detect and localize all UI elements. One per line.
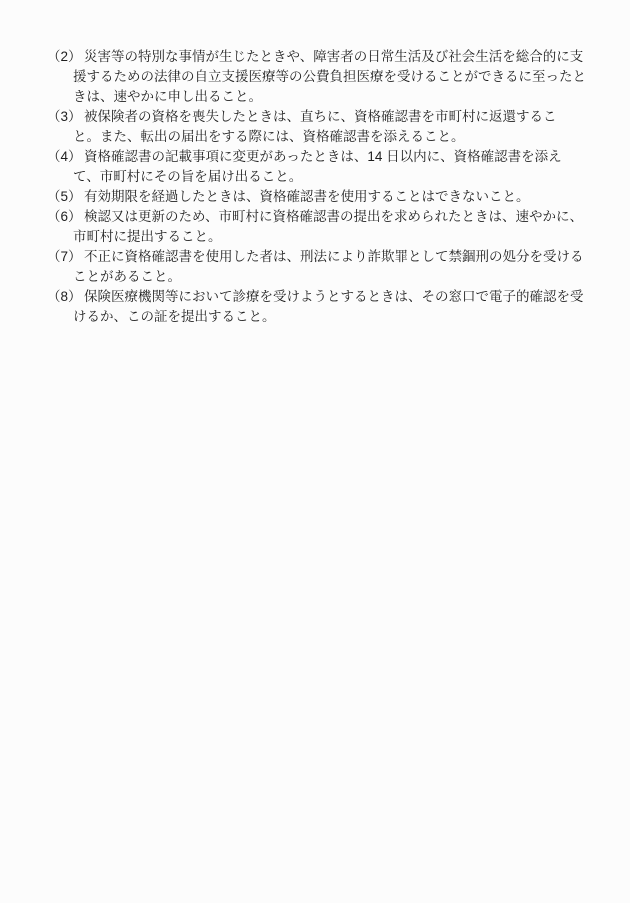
item-number: （5） <box>47 187 82 207</box>
notice-item: （6） 検認又は更新のため、市町村に資格確認書の提出を求められたときは、速やかに… <box>47 207 586 247</box>
item-number: （4） <box>47 147 82 167</box>
item-line: て、市町村にその旨を届け出ること。 <box>73 167 586 187</box>
item-line: きは、速やかに申し出ること。 <box>73 87 586 107</box>
item-line: 不正に資格確認書を使用した者は、刑法により詐欺罪として禁錮刑の処分を受ける <box>73 247 586 267</box>
notice-item: （5） 有効期限を経過したときは、資格確認書を使用することはできないこと。 <box>47 187 586 207</box>
item-number: （8） <box>47 287 82 307</box>
item-line: 災害等の特別な事情が生じたときや、障害者の日常生活及び社会生活を総合的に支 <box>73 47 586 67</box>
notice-item: （8） 保険医療機関等において診療を受けようとするときは、その窓口で電子的確認を… <box>47 287 586 327</box>
item-number: （7） <box>47 247 82 267</box>
item-number: （6） <box>47 207 82 227</box>
item-number: （3） <box>47 107 82 127</box>
item-line: 検認又は更新のため、市町村に資格確認書の提出を求められたときは、速やかに、 <box>73 207 586 227</box>
document-page: （2） 災害等の特別な事情が生じたときや、障害者の日常生活及び社会生活を総合的に… <box>0 0 630 903</box>
item-line: ことがあること。 <box>73 267 586 287</box>
notice-item: （7） 不正に資格確認書を使用した者は、刑法により詐欺罪として禁錮刑の処分を受け… <box>47 247 586 287</box>
notice-item: （4） 資格確認書の記載事項に変更があったときは、14 日以内に、資格確認書を添… <box>47 147 586 187</box>
notice-item: （3） 被保険者の資格を喪失したときは、直ちに、資格確認書を市町村に返還すること… <box>47 107 586 147</box>
item-number: （2） <box>47 47 82 67</box>
item-line: 資格確認書の記載事項に変更があったときは、14 日以内に、資格確認書を添え <box>73 147 586 167</box>
item-line: 被保険者の資格を喪失したときは、直ちに、資格確認書を市町村に返還するこ <box>73 107 586 127</box>
item-line: 保険医療機関等において診療を受けようとするときは、その窓口で電子的確認を受 <box>73 287 586 307</box>
item-line: 市町村に提出すること。 <box>73 227 586 247</box>
notice-item: （2） 災害等の特別な事情が生じたときや、障害者の日常生活及び社会生活を総合的に… <box>47 47 586 107</box>
item-line: と。また、転出の届出をする際には、資格確認書を添えること。 <box>73 127 586 147</box>
item-line: 援するための法律の自立支援医療等の公費負担医療を受けることができるに至ったと <box>73 67 586 87</box>
notice-list: （2） 災害等の特別な事情が生じたときや、障害者の日常生活及び社会生活を総合的に… <box>47 47 586 327</box>
item-line: けるか、この証を提出すること。 <box>73 307 586 327</box>
item-line: 有効期限を経過したときは、資格確認書を使用することはできないこと。 <box>73 187 586 207</box>
